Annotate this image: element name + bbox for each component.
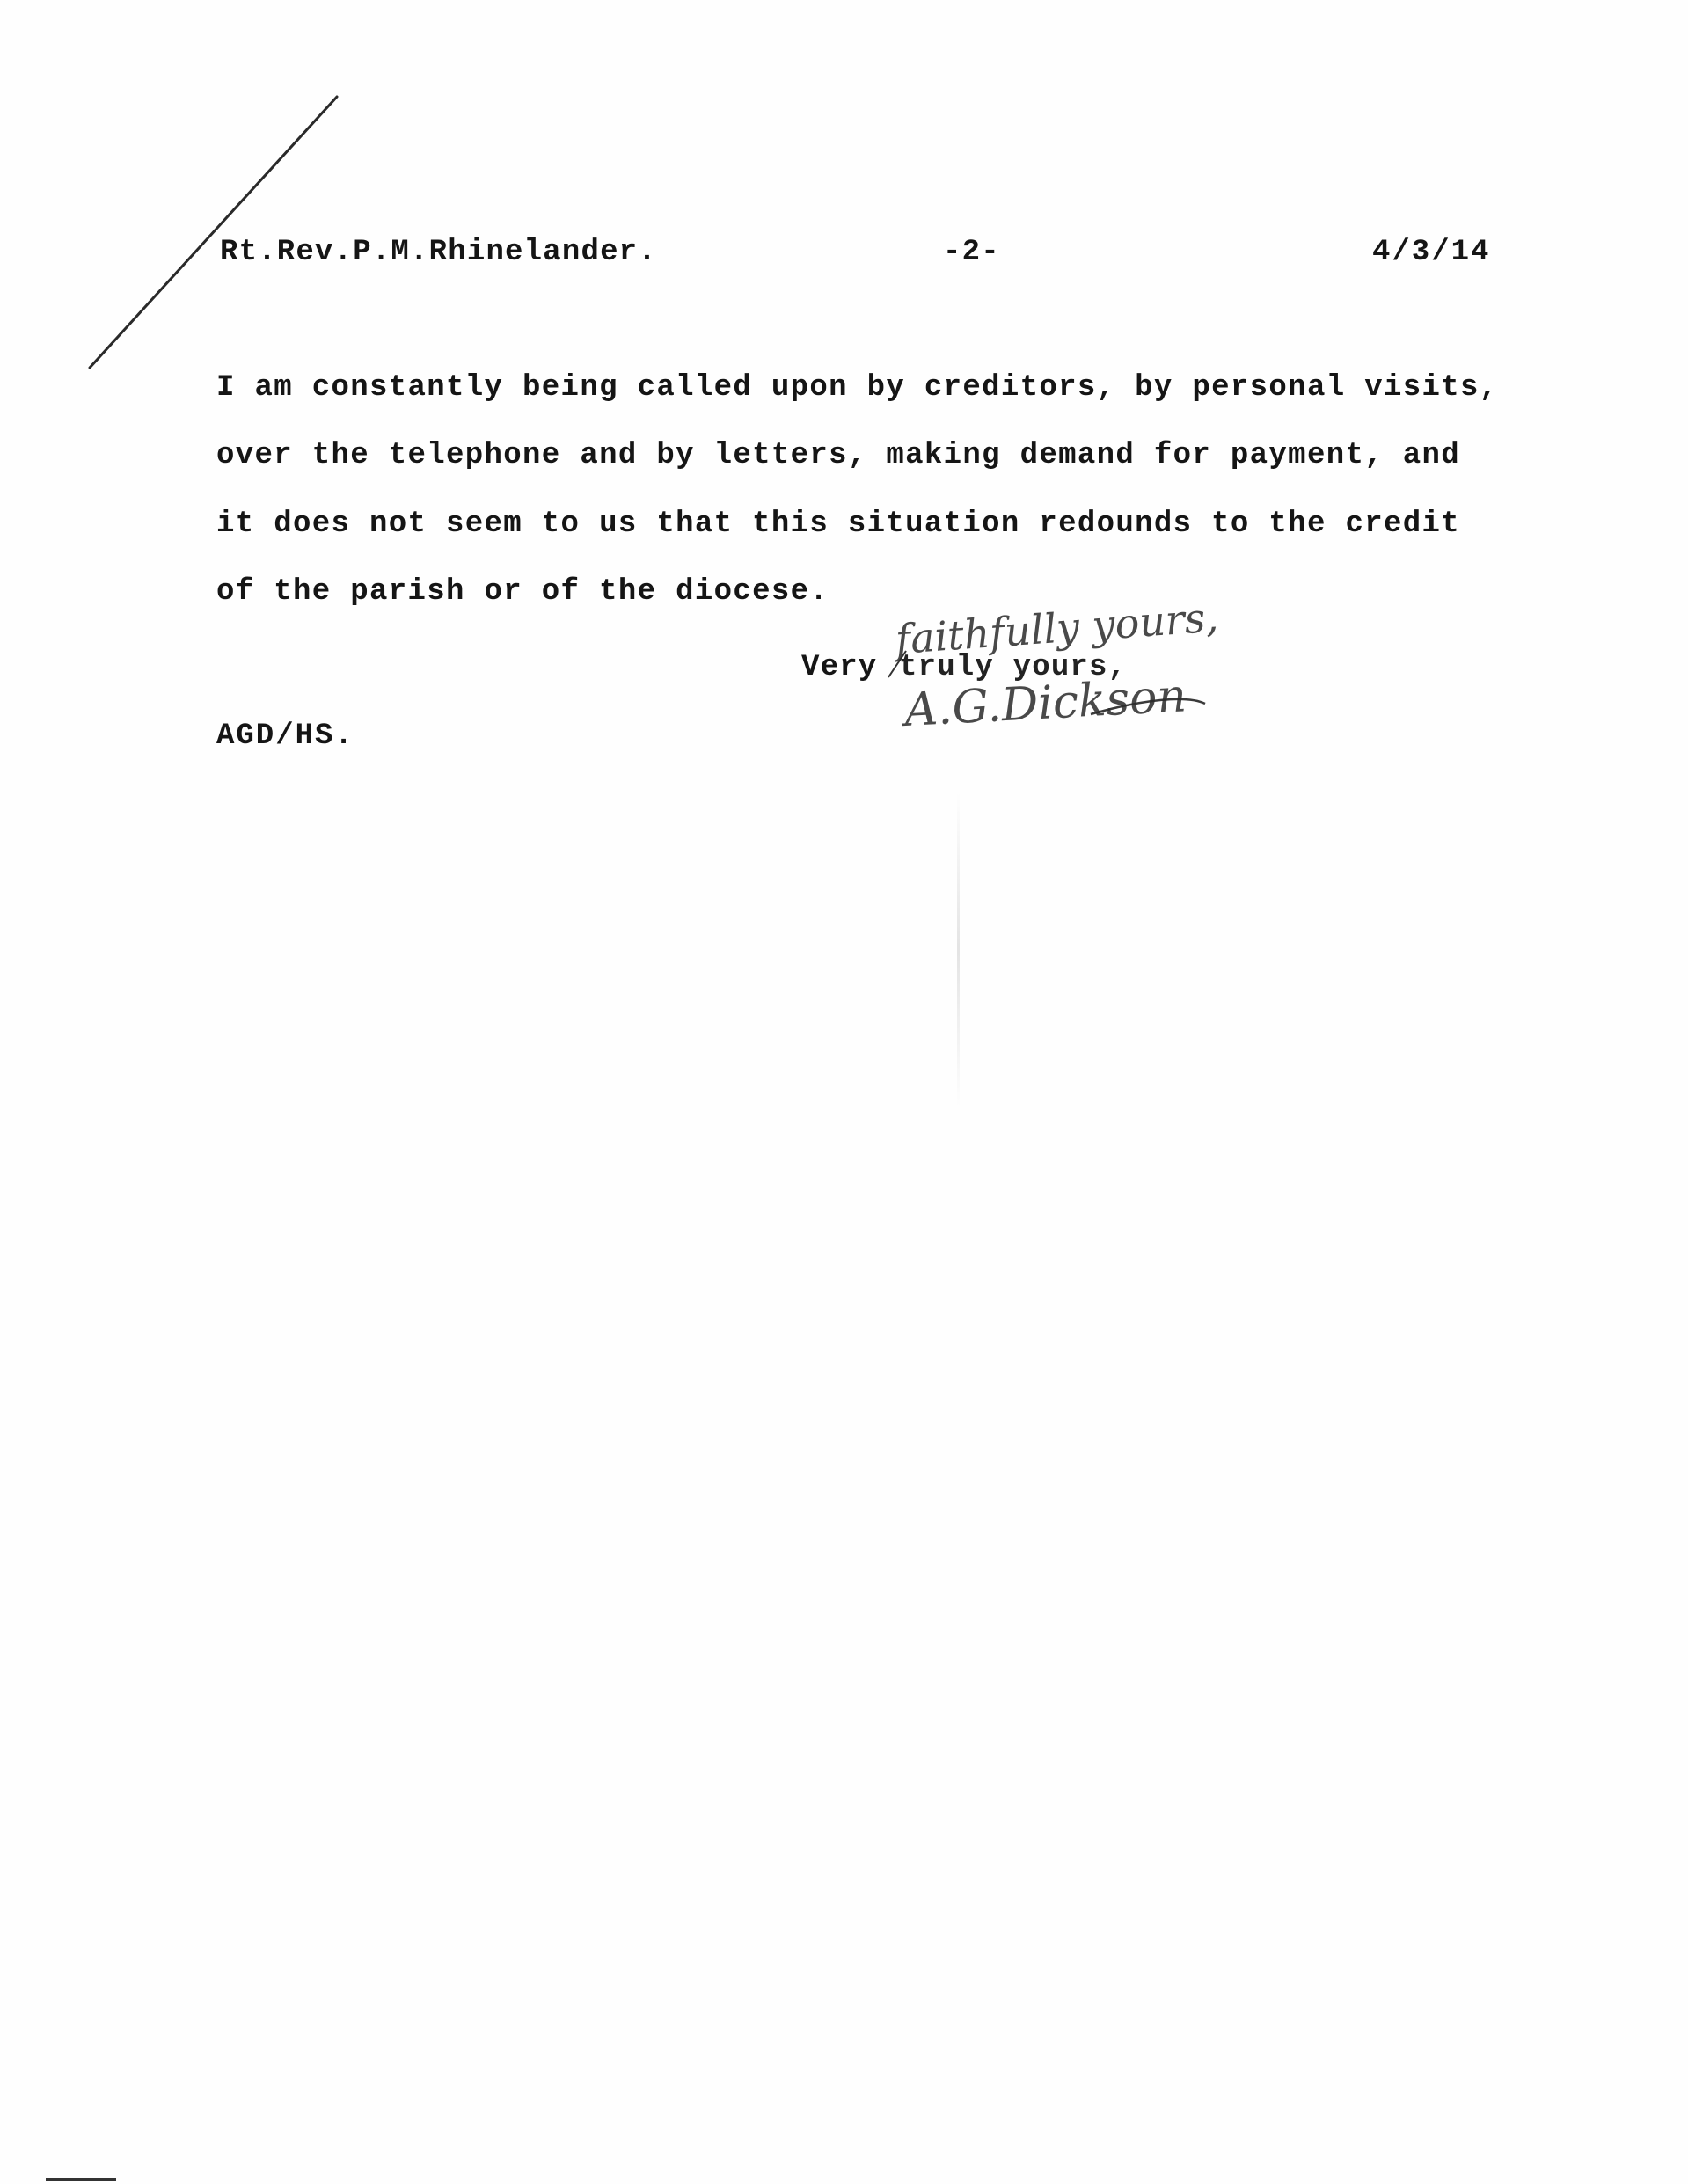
margin-diagonal-mark bbox=[0, 0, 1688, 2184]
letter-date: 4/3/14 bbox=[1372, 237, 1490, 267]
page-number: -2- bbox=[943, 237, 1000, 267]
body-line: of the parish or of the diocese. bbox=[216, 577, 829, 607]
paper-fold-line bbox=[957, 792, 960, 1108]
scan-edge-mark bbox=[46, 2178, 116, 2181]
body-line: I am constantly being called upon by cre… bbox=[216, 373, 1498, 403]
letter-page: Rt.Rev.P.M.Rhinelander. -2- 4/3/14 I am … bbox=[0, 0, 1688, 2184]
reference-initials: AGD/HS. bbox=[216, 721, 354, 751]
closing-typed-prefix: Very bbox=[801, 653, 877, 683]
body-line: it does not seem to us that this situati… bbox=[216, 509, 1460, 539]
body-line: over the telephone and by letters, makin… bbox=[216, 441, 1460, 471]
addressee-header: Rt.Rev.P.M.Rhinelander. bbox=[220, 237, 657, 267]
